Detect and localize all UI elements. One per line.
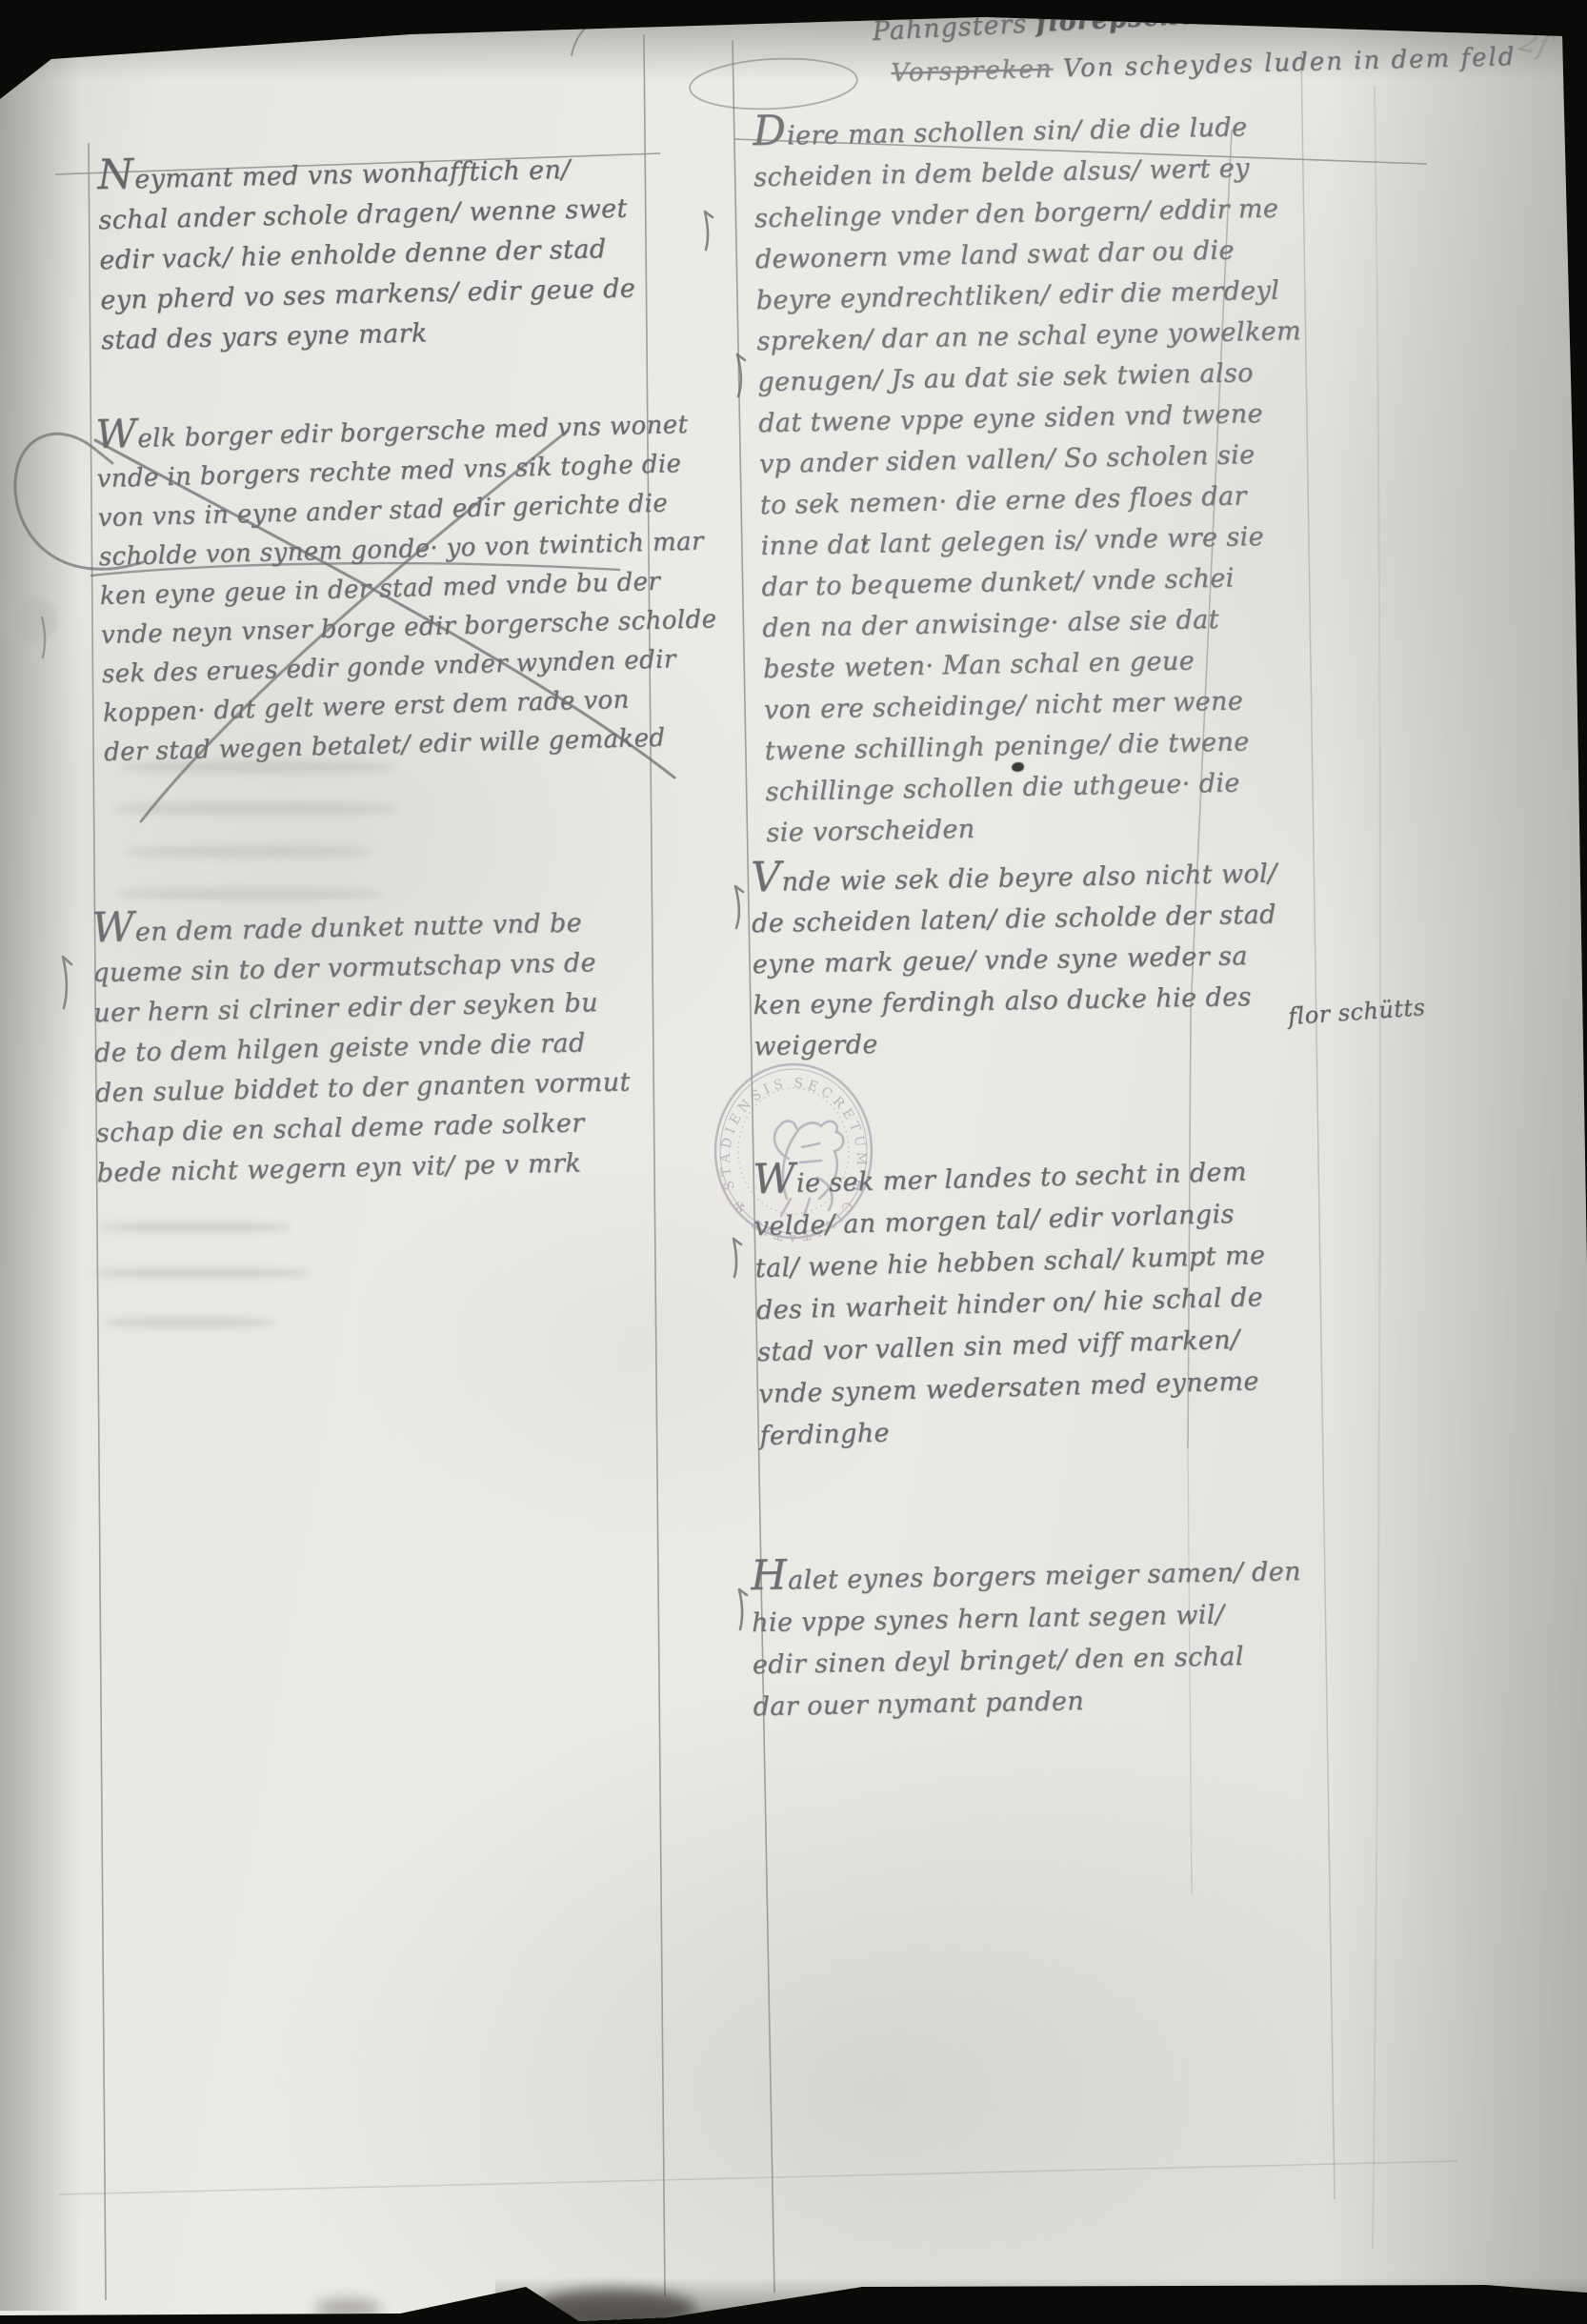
ink-speck xyxy=(863,541,868,545)
manuscript-paragraph-welk-borger-crossed-out: Welk borger edir borgersche med vns wone… xyxy=(95,403,720,773)
bottom-stain-small xyxy=(314,2298,381,2319)
manuscript-paragraph-vnde-wie-sek: Vnde wie sek die beyre also nicht wol/de… xyxy=(751,853,1280,1067)
manuscript-paragraph-wen-dem-rade: Wen dem rade dunket nutte vnd bequeme si… xyxy=(91,901,633,1194)
bottom-edge-shadow xyxy=(495,2277,1587,2324)
manuscript-paragraph-halet: Halet eynes borgers meiger samen/ denhie… xyxy=(751,1551,1304,1728)
bleedthrough-smudge xyxy=(124,846,372,858)
manuscript-paragraph-wie-sek-mer: Wie sek mer landes to secht in demvelde/… xyxy=(753,1151,1270,1458)
bleedthrough-smudge xyxy=(116,888,383,899)
bleedthrough-smudge xyxy=(105,1317,276,1328)
manuscript-paragraph-neymant: Neymant med vns wonhafftich en/schal and… xyxy=(97,148,637,361)
paragraph-mark xyxy=(739,1589,747,1629)
corner-mark: 23 xyxy=(1562,74,1581,92)
paragraph-mark xyxy=(705,212,713,250)
manuscript-line: dar ouer nymant panden xyxy=(753,1677,1303,1728)
manuscript-photo: SECRETUM ✠ CIVITATIS ✠ STADIENSIS ✠ Pahn… xyxy=(0,0,1587,2324)
page-left-fold-shadow xyxy=(0,52,81,2311)
ink-blot xyxy=(1012,762,1024,772)
manuscript-page: SECRETUM ✠ CIVITATIS ✠ STADIENSIS ✠ Pahn… xyxy=(0,0,1587,2324)
manuscript-line: weigerde xyxy=(753,1017,1280,1067)
bleedthrough-smudge xyxy=(93,1267,312,1279)
paragraph-mark xyxy=(735,886,743,928)
header-title-struck-word: Vorspreken xyxy=(891,55,1054,88)
page-right-curl-shadow xyxy=(1329,14,1587,2311)
bleedthrough-smudge xyxy=(112,802,398,815)
manuscript-paragraph-diere-man: Diere man schollen sin/ die die ludesche… xyxy=(753,106,1311,854)
bleedthrough-smudge xyxy=(0,598,57,641)
paragraph-mark xyxy=(737,354,745,396)
bleedthrough-smudge xyxy=(100,1222,291,1233)
